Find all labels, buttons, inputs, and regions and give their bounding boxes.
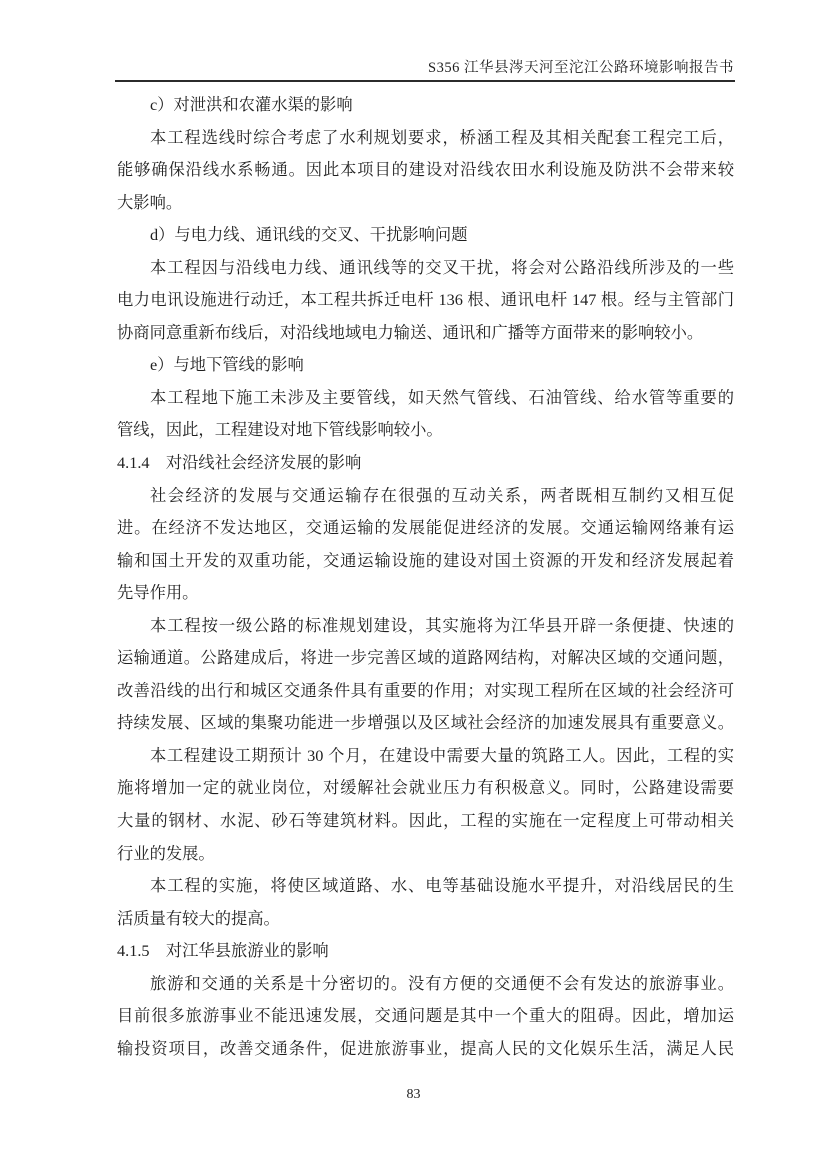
paragraph-line: 活质量有较大的提高。: [117, 903, 734, 936]
page-number: 83: [407, 1087, 421, 1102]
header-title: S356 江华县涔天河至沱江公路环境影响报告书: [428, 56, 734, 77]
paragraph-line: 大影响。: [117, 187, 734, 220]
clause-heading: e）与地下管线的影响: [117, 349, 734, 382]
page-footer: 83: [0, 1087, 827, 1103]
paragraph-line: 本工程的实施，将使区域道路、水、电等基础设施水平提升，对沿线居民的生: [117, 870, 734, 903]
clause-heading: d）与电力线、通讯线的交叉、干扰影响问题: [117, 219, 734, 252]
document-body: c）对泄洪和农灌水渠的影响本工程选线时综合考虑了水利规划要求，桥涵工程及其相关配…: [117, 89, 734, 1065]
paragraph-line: 本工程选线时综合考虑了水利规划要求，桥涵工程及其相关配套工程完工后，: [117, 122, 734, 155]
paragraph-line: 社会经济的发展与交通运输存在很强的互动关系，两者既相互制约又相互促: [117, 480, 734, 513]
paragraph-line: 旅游和交通的关系是十分密切的。没有方便的交通便不会有发达的旅游事业。: [117, 968, 734, 1001]
paragraph-line: 本工程建设工期预计 30 个月，在建设中需要大量的筑路工人。因此，工程的实: [117, 740, 734, 773]
paragraph-line: 进。在经济不发达地区，交通运输的发展能促进经济的发展。交通运输网络兼有运: [117, 512, 734, 545]
paragraph-line: 本工程地下施工未涉及主要管线，如天然气管线、石油管线、给水管等重要的: [117, 382, 734, 415]
paragraph-line: 先导作用。: [117, 577, 734, 610]
document-page: S356 江华县涔天河至沱江公路环境影响报告书 c）对泄洪和农灌水渠的影响本工程…: [0, 0, 827, 1169]
paragraph-line: 持续发展、区域的集聚功能进一步增强以及区域社会经济的加速发展具有重要意义。: [117, 707, 734, 740]
header-rule: [115, 80, 735, 82]
section-heading: 4.1.4 对沿线社会经济发展的影响: [117, 447, 734, 480]
section-heading: 4.1.5 对江华县旅游业的影响: [117, 935, 734, 968]
paragraph-line: 本工程因与沿线电力线、通讯线等的交叉干扰，将会对公路沿线所涉及的一些: [117, 252, 734, 285]
paragraph-line: 目前很多旅游事业不能迅速发展，交通问题是其中一个重大的阻碍。因此，增加运: [117, 1000, 734, 1033]
paragraph-line: 运输通道。公路建成后，将进一步完善区域的道路网结构，对解决区域的交通问题，: [117, 642, 734, 675]
paragraph-line: 施将增加一定的就业岗位，对缓解社会就业压力有积极意义。同时，公路建设需要: [117, 772, 734, 805]
paragraph-line: 改善沿线的出行和城区交通条件具有重要的作用；对实现工程所在区域的社会经济可: [117, 675, 734, 708]
paragraph-line: 行业的发展。: [117, 838, 734, 871]
paragraph-line: 协商同意重新布线后，对沿线地域电力输送、通讯和广播等方面带来的影响较小。: [117, 317, 734, 350]
clause-heading: c）对泄洪和农灌水渠的影响: [117, 89, 734, 122]
paragraph-line: 大量的钢材、水泥、砂石等建筑材料。因此，工程的实施在一定程度上可带动相关: [117, 805, 734, 838]
paragraph-line: 本工程按一级公路的标准规划建设，其实施将为江华县开辟一条便捷、快速的: [117, 610, 734, 643]
paragraph-line: 能够确保沿线水系畅通。因此本项目的建设对沿线农田水利设施及防洪不会带来较: [117, 154, 734, 187]
paragraph-line: 管线，因此，工程建设对地下管线影响较小。: [117, 414, 734, 447]
paragraph-line: 电力电讯设施进行动迁，本工程共拆迁电杆 136 根、通讯电杆 147 根。经与主…: [117, 284, 734, 317]
paragraph-line: 输投资项目，改善交通条件，促进旅游事业，提高人民的文化娱乐生活，满足人民: [117, 1033, 734, 1066]
paragraph-line: 输和国土开发的双重功能，交通运输设施的建设对国土资源的开发和经济发展起着: [117, 545, 734, 578]
